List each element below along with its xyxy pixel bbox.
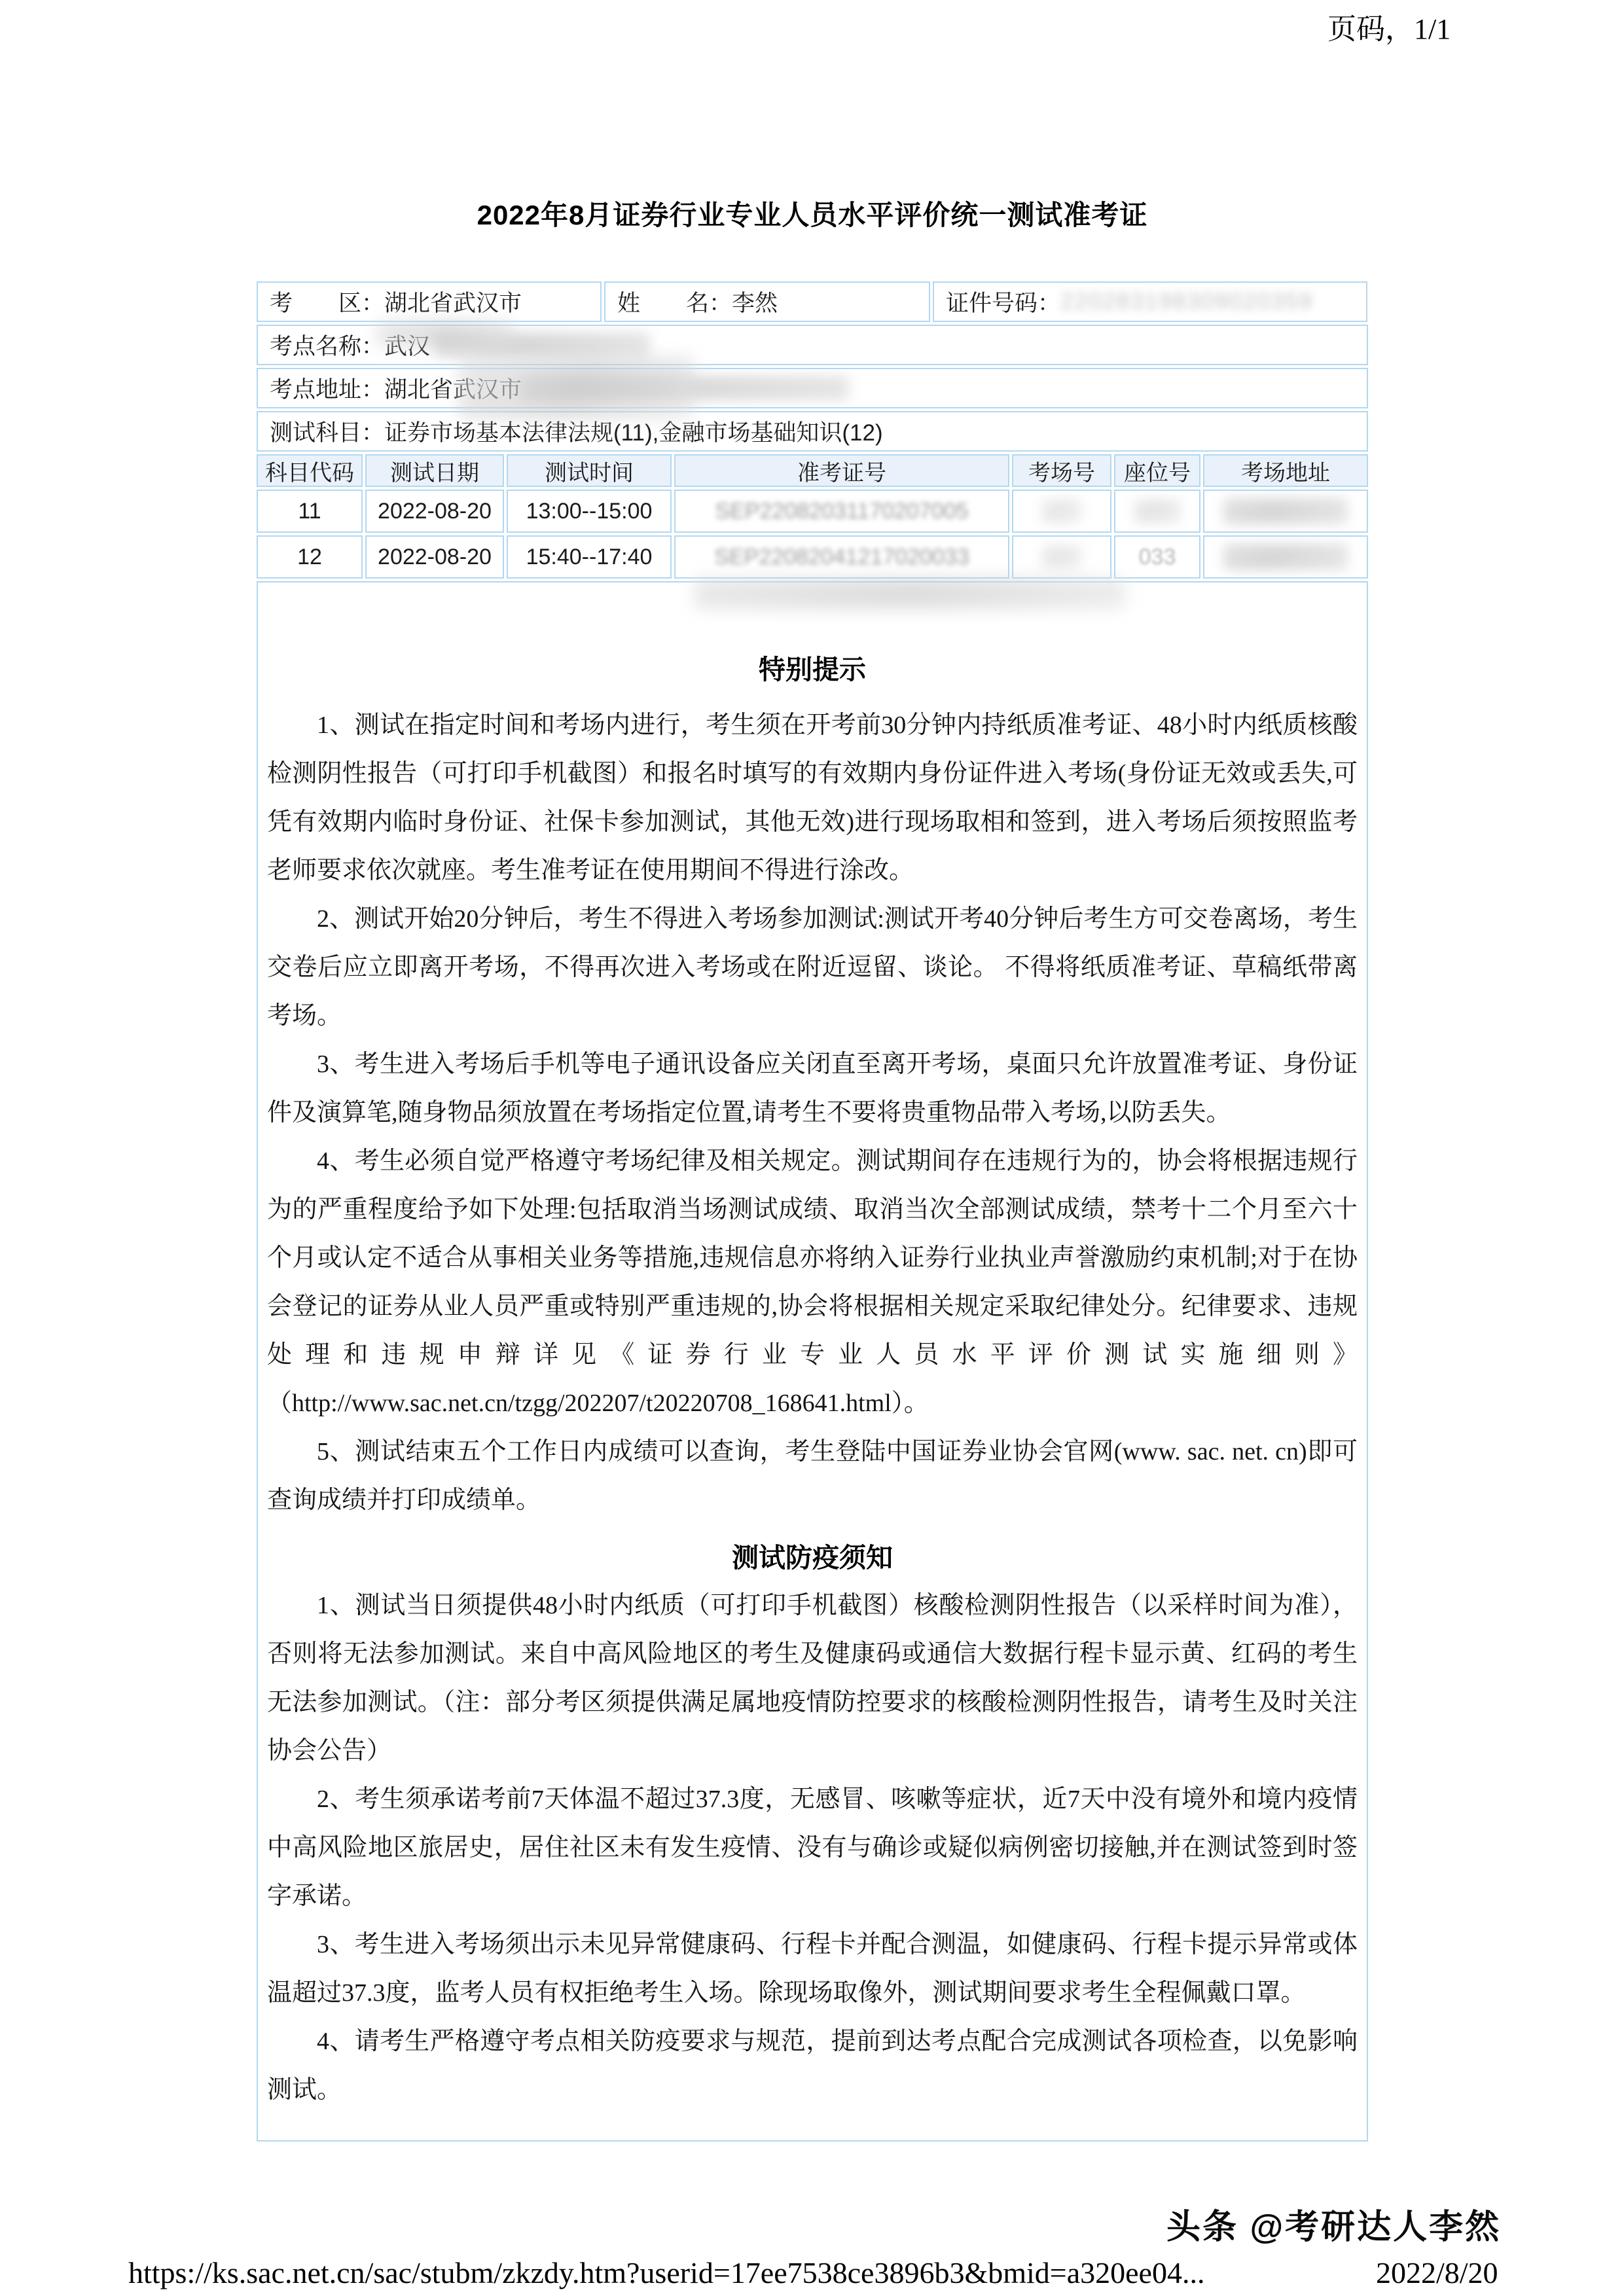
toutiao-watermark: 头条 @考研达人李然 — [1166, 2199, 1501, 2248]
covid-notice-heading: 测试防疫须知 — [267, 1536, 1358, 1575]
redaction-smudge — [1042, 545, 1081, 569]
room-no-cell — [1012, 535, 1111, 579]
id-number-value-redacted: 220283198309020359 — [1060, 289, 1313, 315]
ticket-no-cell: SEP22082031170207005 — [674, 490, 1009, 533]
room-address-cell — [1203, 490, 1368, 533]
notice-section: 特别提示 1、测试在指定时间和考场内进行，考生须在开考前30分钟内持纸质准考证、… — [257, 581, 1368, 2142]
document-title: 2022年8月证券行业专业人员水平评价统一测试准考证 — [257, 194, 1368, 233]
test-time-value: 15:40--17:40 — [507, 535, 672, 579]
site-address-value: 湖北省武汉市 — [384, 372, 522, 404]
redaction-smudge — [1134, 499, 1180, 523]
special-notice-paragraph: 3、考生进入考场后手机等电子通讯设备应关闭直至离开考场，桌面只允许放置准考证、身… — [267, 1040, 1358, 1137]
col-header-subject-code: 科目代码 — [257, 454, 363, 487]
covid-notice-paragraph: 2、考生须承诺考前7天体温不超过37.3度，无感冒、咳嗽等症状，近7天中没有境外… — [267, 1775, 1358, 1920]
room-address-cell — [1203, 535, 1368, 579]
ticket-no-cell: SEP22082041217020033 — [674, 535, 1009, 579]
schedule-row: 11 2022-08-20 13:00--15:00 SEP2208203117… — [257, 490, 1368, 533]
col-header-seat: 座位号 — [1114, 454, 1200, 487]
covid-notice-paragraph: 4、请考生严格遵守考点相关防疫要求与规范，提前到达考点配合完成测试各项检查，以免… — [267, 2017, 1358, 2114]
schedule-row: 12 2022-08-20 15:40--17:40 SEP2208204121… — [257, 535, 1368, 579]
site-name-label: 考点名称： — [270, 329, 384, 361]
special-notice-paragraph: 2、测试开始20分钟后，考生不得进入考场参加测试:测试开考40分钟后考生方可交卷… — [267, 895, 1358, 1040]
seat-no-cell: 033 — [1114, 535, 1200, 579]
site-name-cell: 考点名称：武汉 — [257, 325, 1368, 365]
special-notice-heading: 特别提示 — [267, 648, 1358, 687]
col-header-room: 考场号 — [1012, 454, 1111, 487]
footer-print-date: 2022/8/20 — [1376, 2255, 1498, 2290]
id-number-label: 证件号码： — [946, 285, 1060, 318]
info-row-identity: 考 区：湖北省武汉市 姓 名：李然 证件号码：22028319830902035… — [257, 281, 1368, 322]
subject-code-value: 11 — [257, 490, 363, 533]
test-time-value: 13:00--15:00 — [507, 490, 672, 533]
seat-no-value-redacted: 033 — [1139, 545, 1176, 570]
special-notice-paragraph: 4、考生必须自觉严格遵守考场纪律及相关规定。测试期间存在违规行为的，协会将根据违… — [267, 1137, 1358, 1427]
test-date-value: 2022-08-20 — [365, 535, 504, 579]
special-notice-paragraph: 1、测试在指定时间和考场内进行，考生须在开考前30分钟内持纸质准考证、48小时内… — [267, 701, 1358, 895]
schedule-header-row: 科目代码 测试日期 测试时间 准考证号 考场号 座位号 考场地址 — [257, 454, 1368, 487]
redaction-smudge — [1223, 544, 1348, 570]
info-row-site-address: 考点地址：湖北省武汉市 — [257, 368, 1368, 408]
col-header-room-address: 考场地址 — [1203, 454, 1368, 487]
col-header-date: 测试日期 — [365, 454, 504, 487]
subjects-label: 测试科目： — [270, 415, 384, 448]
info-row-site-name: 考点名称：武汉 — [257, 325, 1368, 365]
site-name-value: 武汉 — [384, 329, 430, 361]
exam-area-cell: 考 区：湖北省武汉市 — [257, 281, 602, 322]
room-no-cell — [1012, 490, 1111, 533]
candidate-name-value: 李然 — [732, 285, 778, 318]
id-number-cell: 证件号码：220283198309020359 — [933, 281, 1367, 322]
candidate-name-cell: 姓 名：李然 — [604, 281, 930, 322]
seat-no-cell — [1114, 490, 1200, 533]
ticket-no-value-redacted: SEP22082041217020033 — [714, 545, 969, 570]
covid-notice-paragraph: 3、考生进入考场须出示未见异常健康码、行程卡并配合测温，如健康码、行程卡提示异常… — [267, 1920, 1358, 2017]
site-address-cell: 考点地址：湖北省武汉市 — [257, 368, 1368, 408]
subjects-cell: 测试科目：证券市场基本法律法规(11),金融市场基础知识(12) — [257, 411, 1368, 452]
redaction-smudge — [434, 332, 650, 357]
ticket-info-tables: 考 区：湖北省武汉市 姓 名：李然 证件号码：22028319830902035… — [257, 281, 1368, 2142]
info-row-subjects: 测试科目：证券市场基本法律法规(11),金融市场基础知识(12) — [257, 411, 1368, 452]
redaction-smudge — [1223, 498, 1348, 524]
ticket-no-value-redacted: SEP22082031170207005 — [715, 499, 969, 524]
col-header-ticket-no: 准考证号 — [674, 454, 1009, 487]
footer-source-url: https://ks.sac.net.cn/sac/stubm/zkzdy.ht… — [128, 2255, 1204, 2290]
subjects-value: 证券市场基本法律法规(11),金融市场基础知识(12) — [384, 415, 883, 448]
redaction-smudge — [522, 376, 849, 401]
site-address-label: 考点地址： — [270, 372, 384, 404]
redaction-smudge — [1042, 499, 1081, 523]
exam-area-label: 考 区： — [270, 285, 384, 318]
subject-code-value: 12 — [257, 535, 363, 579]
col-header-time: 测试时间 — [507, 454, 672, 487]
admission-ticket-document: 2022年8月证券行业专业人员水平评价统一测试准考证 考 区：湖北省武汉市 姓 … — [257, 0, 1368, 2225]
candidate-name-label: 姓 名： — [617, 285, 732, 318]
special-notice-paragraph: 5、测试结束五个工作日内成绩可以查询，考生登陆中国证券业协会官网(www. sa… — [267, 1427, 1358, 1524]
covid-notice-paragraph: 1、测试当日须提供48小时内纸质（可打印手机截图）核酸检测阴性报告（以采样时间为… — [267, 1581, 1358, 1775]
test-date-value: 2022-08-20 — [365, 490, 504, 533]
exam-area-value: 湖北省武汉市 — [384, 285, 522, 318]
